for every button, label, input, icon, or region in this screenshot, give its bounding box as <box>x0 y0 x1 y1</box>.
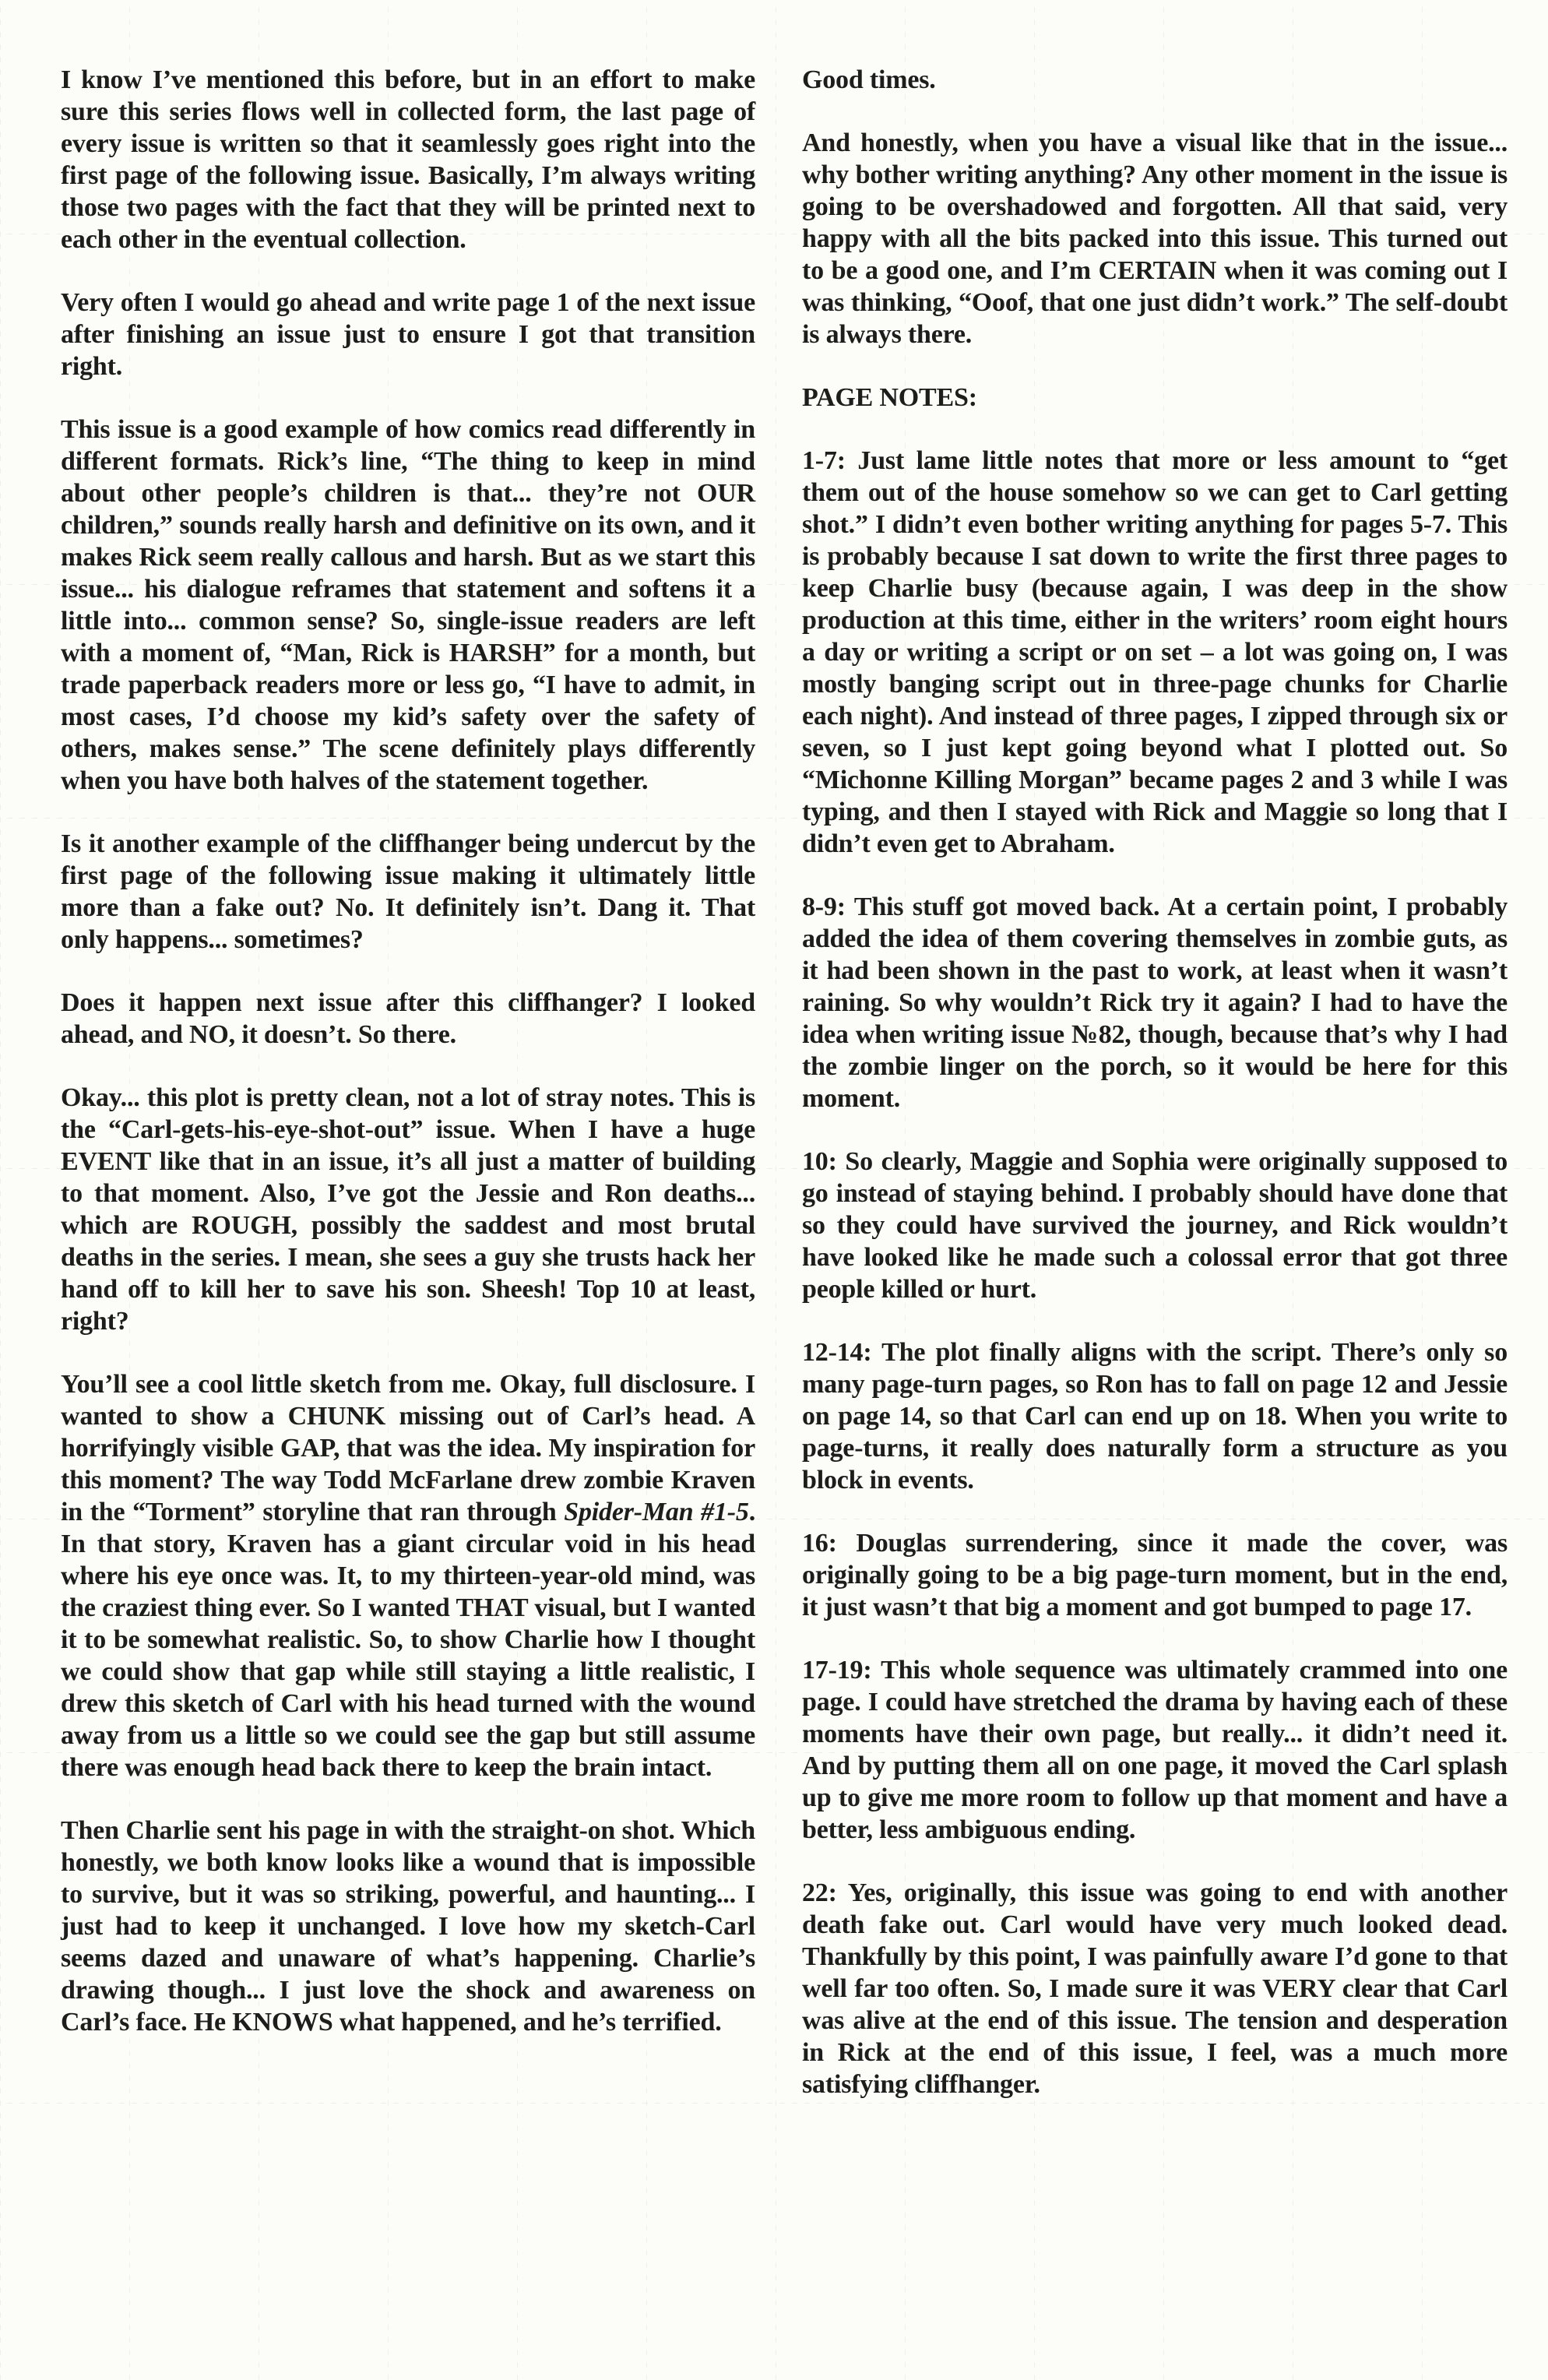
page: I know I’ve mentioned this before, but i… <box>0 0 1548 2380</box>
paragraph-sketch-text-cont: . In that story, Kraven has a giant circ… <box>61 1498 755 1782</box>
note-page-10: 10: So clearly, Maggie and Sophia were o… <box>802 1146 1508 1305</box>
note-pages-17-19: 17-19: This whole sequence was ultimatel… <box>802 1654 1508 1846</box>
paragraph-write-ahead: Very often I would go ahead and write pa… <box>61 287 755 382</box>
paragraph-charlie-page: Then Charlie sent his page in with the s… <box>61 1815 755 2038</box>
paragraph-cliffhanger-question: Is it another example of the cliffhanger… <box>61 828 755 956</box>
note-pages-8-9: 8-9: This stuff got moved back. At a cer… <box>802 891 1508 1114</box>
note-page-16: 16: Douglas surrendering, since it made … <box>802 1527 1508 1623</box>
left-column: I know I’ve mentioned this before, but i… <box>61 64 755 2100</box>
note-page-22: 22: Yes, originally, this issue was goin… <box>802 1877 1508 2100</box>
paragraph-next-issue: Does it happen next issue after this cli… <box>61 987 755 1051</box>
paragraph-plot-clean: Okay... this plot is pretty clean, not a… <box>61 1082 755 1337</box>
note-pages-1-7: 1-7: Just lame little notes that more or… <box>802 445 1508 860</box>
paragraph-formats: This issue is a good example of how comi… <box>61 414 755 797</box>
spider-man-title: Spider-Man #1-5 <box>564 1498 748 1526</box>
paragraph-sketch: You’ll see a cool little sketch from me.… <box>61 1368 755 1783</box>
paragraph-good-times: Good times. <box>802 64 1508 96</box>
page-notes-heading: PAGE NOTES: <box>802 382 1508 414</box>
text-columns: I know I’ve mentioned this before, but i… <box>61 64 1508 2100</box>
note-pages-12-14: 12-14: The plot finally aligns with the … <box>802 1336 1508 1496</box>
right-column: Good times. And honestly, when you have … <box>802 64 1508 2100</box>
paragraph-collected-form: I know I’ve mentioned this before, but i… <box>61 64 755 255</box>
paragraph-visual: And honestly, when you have a visual lik… <box>802 127 1508 350</box>
